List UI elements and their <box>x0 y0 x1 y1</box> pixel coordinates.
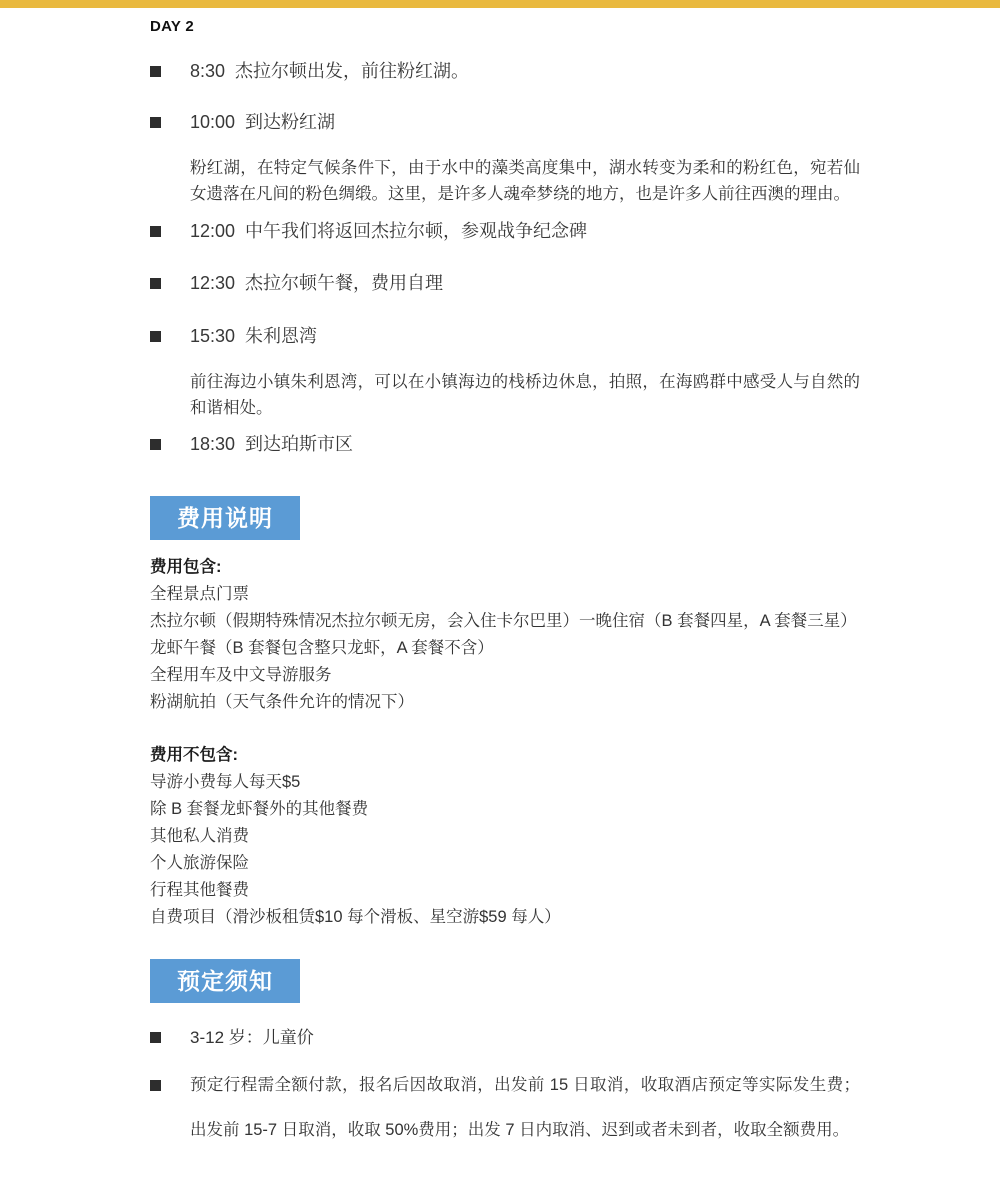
fee-included-line: 杰拉尔顿（假期特殊情况杰拉尔顿无房，会入住卡尔巴里）一晚住宿（B 套餐四星，A … <box>150 608 860 635</box>
square-bullet-icon <box>150 1032 161 1043</box>
fee-excluded-line: 除 B 套餐龙虾餐外的其他餐费 <box>150 796 860 823</box>
itinerary-time: 12:00 <box>190 221 235 242</box>
booking-note-text: 3-12 岁：儿童价 <box>190 1027 314 1049</box>
booking-section-badge: 预定须知 <box>150 959 300 1003</box>
itinerary-time: 15:30 <box>190 326 235 347</box>
itinerary-time: 12:30 <box>190 273 235 294</box>
itinerary-text: 杰拉尔顿出发，前往粉红湖。 <box>235 61 469 82</box>
itinerary-time: 8:30 <box>190 61 225 82</box>
itinerary-text: 到达粉红湖 <box>245 112 335 133</box>
itinerary-item: 12:30 杰拉尔顿午餐，费用自理 <box>150 273 860 294</box>
itinerary-item: 15:30 朱利恩湾 <box>150 326 860 347</box>
fee-included-line: 粉湖航拍（天气条件允许的情况下） <box>150 689 860 716</box>
booking-note-text: 预定行程需全额付款，报名后因故取消，出发前 15 日取消，收取酒店预定等实际发生… <box>190 1063 860 1153</box>
itinerary-text: 到达珀斯市区 <box>245 434 353 455</box>
itinerary-page: DAY 2 8:30 杰拉尔顿出发，前往粉红湖。 10:00 到达粉红湖 粉红湖… <box>0 0 1000 1190</box>
fee-included-line: 全程用车及中文导游服务 <box>150 662 860 689</box>
itinerary-item: 10:00 到达粉红湖 <box>150 112 860 133</box>
fee-excluded-line: 行程其他餐费 <box>150 877 860 904</box>
fees-excluded-title: 费用不包含: <box>150 742 860 769</box>
itinerary-detail-paragraph: 前往海边小镇朱利恩湾，可以在小镇海边的栈桥边休息，拍照，在海鸥群中感受人与自然的… <box>190 369 860 421</box>
itinerary-item: 18:30 到达珀斯市区 <box>150 434 860 455</box>
square-bullet-icon <box>150 117 161 128</box>
fee-excluded-line: 自费项目（滑沙板租赁$10 每个滑板、星空游$59 每人） <box>150 904 860 931</box>
itinerary-item: 8:30 杰拉尔顿出发，前往粉红湖。 <box>150 61 860 82</box>
booking-section: 预定须知 <box>150 959 860 1003</box>
fees-section-badge: 费用说明 <box>150 496 300 540</box>
fee-included-line: 龙虾午餐（B 套餐包含整只龙虾，A 套餐不含） <box>150 635 860 662</box>
itinerary-text: 朱利恩湾 <box>245 326 317 347</box>
itinerary-time: 18:30 <box>190 434 235 455</box>
itinerary-detail-paragraph: 粉红湖，在特定气候条件下，由于水中的藻类高度集中，湖水转变为柔和的粉红色，宛若仙… <box>190 155 860 207</box>
day-heading: DAY 2 <box>150 18 860 35</box>
itinerary-item: 12:00 中午我们将返回杰拉尔顿，参观战争纪念碑 <box>150 221 860 242</box>
fee-excluded-line: 导游小费每人每天$5 <box>150 769 860 796</box>
square-bullet-icon <box>150 226 161 237</box>
fee-excluded-line: 其他私人消费 <box>150 823 860 850</box>
square-bullet-icon <box>150 1080 161 1091</box>
itinerary-time: 10:00 <box>190 112 235 133</box>
fees-section: 费用说明 <box>150 496 860 540</box>
fee-included-line: 全程景点门票 <box>150 581 860 608</box>
square-bullet-icon <box>150 66 161 77</box>
square-bullet-icon <box>150 331 161 342</box>
square-bullet-icon <box>150 278 161 289</box>
booking-note-item: 预定行程需全额付款，报名后因故取消，出发前 15 日取消，收取酒店预定等实际发生… <box>150 1063 860 1153</box>
itinerary-text: 杰拉尔顿午餐，费用自理 <box>245 273 443 294</box>
page-content: DAY 2 8:30 杰拉尔顿出发，前往粉红湖。 10:00 到达粉红湖 粉红湖… <box>0 8 1000 1153</box>
fee-excluded-line: 个人旅游保险 <box>150 850 860 877</box>
fees-included-title: 费用包含: <box>150 554 860 581</box>
booking-note-item: 3-12 岁：儿童价 <box>150 1027 860 1049</box>
itinerary-text: 中午我们将返回杰拉尔顿，参观战争纪念碑 <box>245 221 587 242</box>
square-bullet-icon <box>150 439 161 450</box>
top-accent-bar <box>0 0 1000 8</box>
